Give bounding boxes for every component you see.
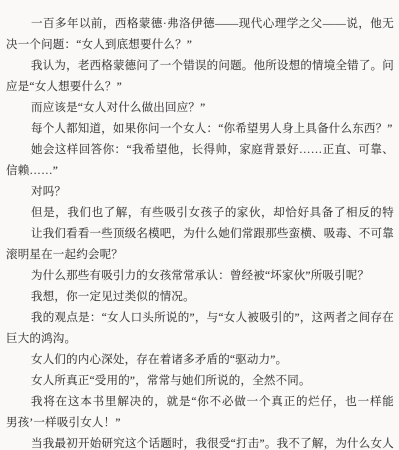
book-page: 一百多年以前，西格蒙德·弗洛伊德——现代心理学之父——说，他无法解 决一个问题：…: [0, 0, 399, 450]
text-line: 当我最初开始研究这个话题时，我很受“打击”。我不了解，为什么女人会: [6, 434, 394, 450]
text-line: 应是“女人想要什么？”: [6, 77, 394, 98]
text-line: 女人们的内心深处，存在着诸多矛盾的“驱动力”。: [6, 350, 394, 371]
text-line: 对吗？: [6, 182, 394, 203]
text-line: 决一个问题：“女人到底想要什么？”: [6, 35, 394, 56]
text-line: 她会这样回答你：“我希望他，长得帅，家庭背景好……正直、可靠、值得: [6, 140, 394, 161]
text-line: 一百多年以前，西格蒙德·弗洛伊德——现代心理学之父——说，他无法解: [6, 14, 394, 35]
text-line: 我的观点是：“女人口头所说的”，与“女人被吸引的”，这两者之间存在着: [6, 308, 394, 329]
text-line: 巨大的鸿沟。: [6, 329, 394, 350]
text-line: 男孩’一样吸引女人！”: [6, 413, 394, 434]
text-line: 我认为，老西格蒙德问了一个错误的问题。他所设想的情境全错了。问题不: [6, 56, 394, 77]
text-line: 我将在这本书里解决的，就是“你不必做一个真正的烂仔，也一样能像‘坏: [6, 392, 394, 413]
text-line: 女人所真正“受用的”，常常与她们所说的，全然不同。: [6, 371, 394, 392]
text-line: 我想，你一定见过类似的情况。: [6, 287, 394, 308]
text-line: 但是，我们也了解，有些吸引女孩子的家伙，却恰好具备了相反的特性。: [6, 203, 394, 224]
text-line: 为什么那些有吸引力的女孩常常承认：曾经被“坏家伙”所吸引呢？: [6, 266, 394, 287]
text-line: 每个人都知道，如果你问一个女人：“你希望男人身上具备什么东西？”: [6, 119, 394, 140]
text-line: 滚明星在一起约会呢？: [6, 245, 394, 266]
text-line: 而应该是“女人对什么做出回应？”: [6, 98, 394, 119]
text-line: 信赖……”: [6, 161, 394, 182]
text-line: 让我们看看一些顶级名模吧，为什么她们常跟那些蛮横、吸毒、不可靠的摇: [6, 224, 394, 245]
